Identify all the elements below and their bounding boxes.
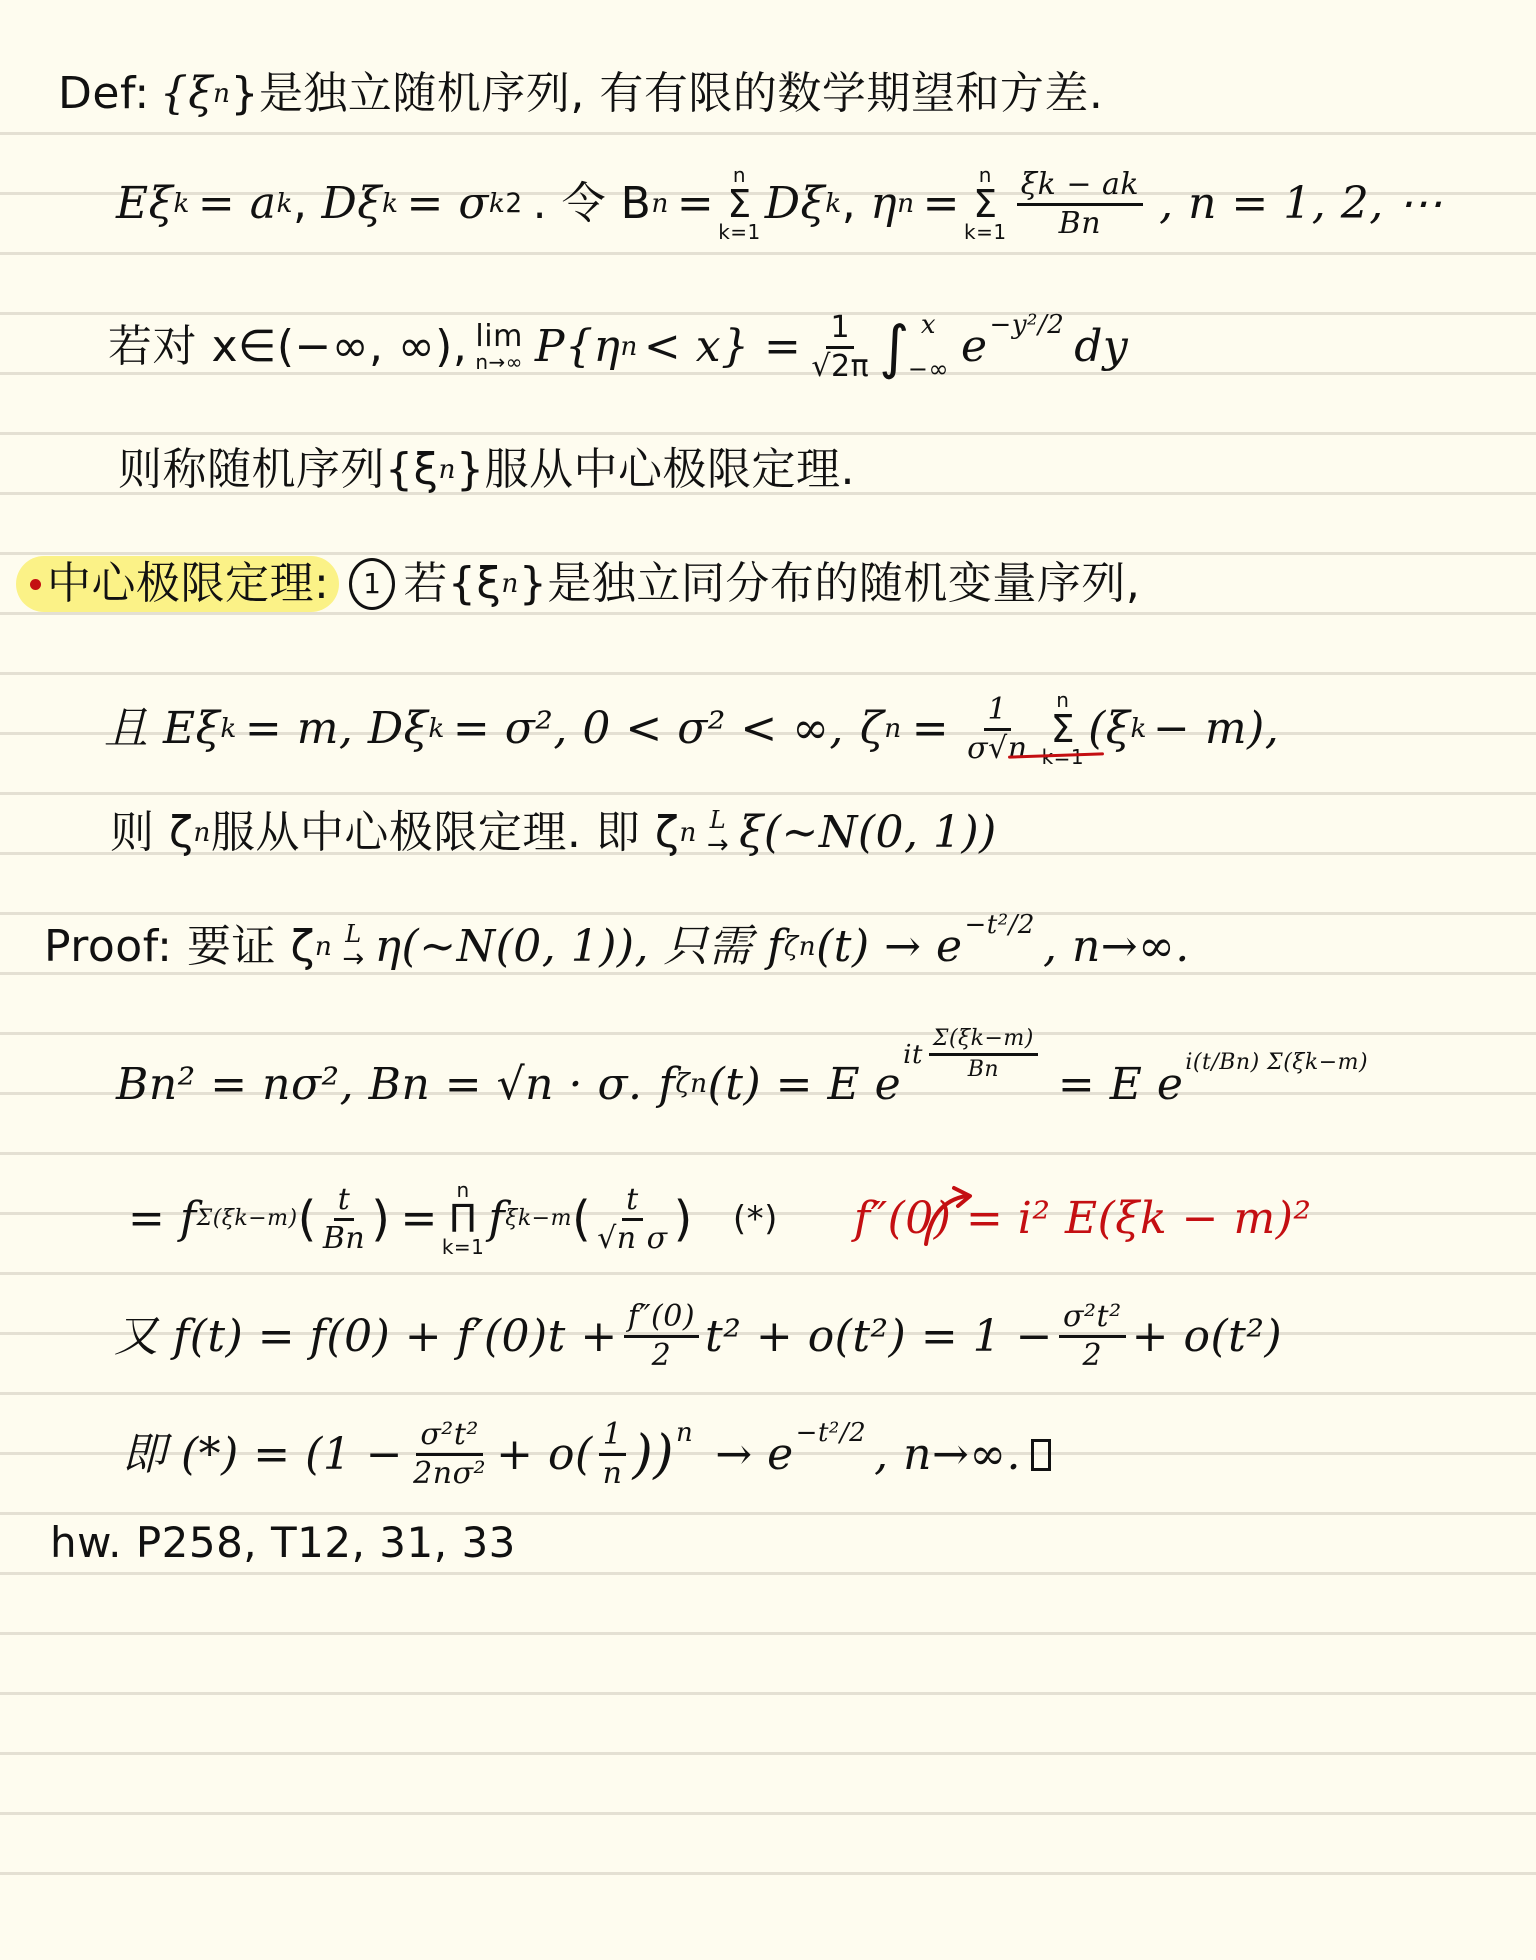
subscript: ζn	[675, 1071, 707, 1097]
definition-line-2: Eξk = ak , Dξk = σk2 . 令 Bn = nΣk=1 Dξk …	[116, 165, 1443, 243]
limit: limn→∞	[475, 321, 523, 374]
circled-number-icon: 1	[349, 558, 395, 610]
definition-line-1: Def: {ξn} 是独立随机序列, 有有限的数学期望和方差.	[58, 72, 1103, 116]
conclusion-tail: }服从中心极限定理.	[456, 448, 855, 492]
subscript: n	[315, 934, 333, 960]
ruled-line	[0, 1032, 1536, 1035]
ruled-line	[0, 132, 1536, 135]
integral-sign: ∫	[879, 318, 910, 376]
condition-expectation: 且 Eξ	[104, 707, 220, 751]
proof-prefix: Proof: 要证 ζ	[44, 925, 315, 969]
index-range: , n = 1, 2, ⋯	[1159, 182, 1443, 226]
char-function: f	[488, 1197, 505, 1241]
exp-power: −y²/2	[990, 312, 1065, 338]
comma: ,	[293, 182, 308, 226]
star-label: (*)	[733, 1202, 778, 1236]
ruled-line	[0, 792, 1536, 795]
subscript: n	[884, 716, 902, 742]
paren: (	[298, 1195, 317, 1243]
subscript: n	[651, 191, 669, 217]
paren: (	[572, 1195, 591, 1243]
ruled-line	[0, 1392, 1536, 1395]
ruled-line	[0, 672, 1536, 675]
fraction: t√n σ	[593, 1185, 671, 1254]
ruled-line	[0, 1272, 1536, 1275]
subscript: n	[679, 820, 697, 846]
definition-line-4: 则称随机序列{ξn}服从中心极限定理.	[118, 448, 855, 492]
ruled-line	[0, 1632, 1536, 1635]
subscript: k	[489, 191, 506, 217]
theorem-text-tail: }是独立同分布的随机变量序列,	[519, 562, 1140, 606]
variance-bounds: = σ², 0 < σ² < ∞,	[453, 707, 844, 751]
ruled-line	[0, 1752, 1536, 1755]
proof-line-4: 又 f(t) = f(0) + f′(0)t + f″(0)2 t² + o(t…	[114, 1302, 1282, 1371]
definition-line-3: 若对 x∈(−∞, ∞), limn→∞ P{ηn < x} = 1√2π ∫ …	[108, 312, 1128, 382]
theorem-line-2: 且 Eξk = m, Dξk = σ², 0 < σ² < ∞, ζn = 1σ…	[104, 690, 1279, 768]
fraction: 1n	[599, 1420, 627, 1489]
char-function: f	[659, 1063, 676, 1107]
superscript: 2	[505, 191, 522, 217]
ruled-line	[0, 1572, 1536, 1575]
subscript: n	[193, 820, 211, 846]
equals: =	[923, 182, 960, 226]
char-function-limit: (t) → e	[816, 925, 962, 969]
sum-term: Dξ	[765, 182, 826, 226]
conclusion-prefix: 则 ζ	[110, 811, 193, 855]
theorem-text: 若{ξ	[403, 562, 501, 606]
ruled-line	[0, 252, 1536, 255]
char-function-rewrite: = E e	[1058, 1063, 1184, 1107]
limit-derivation: 即 (*) = (1 −	[122, 1433, 403, 1477]
subscript: k	[1131, 716, 1148, 742]
subscript: k	[276, 191, 293, 217]
taylor-expansion-tail: + o(t²)	[1132, 1315, 1283, 1359]
expectation-value: = a	[198, 182, 277, 226]
ruled-line	[0, 912, 1536, 915]
fraction: tBn	[319, 1185, 369, 1254]
ruled-lines	[0, 0, 1536, 1960]
power: n	[676, 1420, 693, 1446]
fraction: f″(0)2	[624, 1302, 699, 1371]
bn-identity: Bn² = nσ², Bn = √n · σ.	[116, 1063, 643, 1107]
subscript: ζn	[784, 934, 816, 960]
dy: dy	[1074, 325, 1128, 369]
fraction: σ²t²2	[1059, 1302, 1126, 1371]
limit-condition: , n→∞.	[874, 1433, 1021, 1477]
sequence-sub: n	[213, 81, 231, 107]
subscript: n	[897, 191, 915, 217]
little-o: + o(	[496, 1433, 593, 1477]
exponent: i(t/Bn) Σ(ξk−m)	[1185, 1052, 1368, 1074]
red-curved-arrow-icon	[918, 1180, 988, 1250]
subscript: n	[501, 571, 519, 597]
limit-arrow: → e	[715, 1433, 793, 1477]
eta: η	[870, 182, 897, 226]
limit-condition: , n→∞.	[1043, 925, 1190, 969]
sequence-xi: {ξ	[160, 72, 213, 116]
exp-power: −t²/2	[965, 912, 1035, 938]
ruled-line	[0, 972, 1536, 975]
product-eq: = f	[128, 1197, 197, 1241]
equals: =	[677, 182, 714, 226]
fraction: 1√2π	[807, 313, 873, 382]
probability: P{η	[535, 325, 620, 369]
normalizing-fraction: 1σ√n	[963, 695, 1031, 764]
convergence-in-law-arrow-icon: L→	[707, 808, 729, 858]
variance-label: Dξ	[321, 182, 382, 226]
condition-variance: = m, Dξ	[245, 707, 429, 751]
proof-line-5: 即 (*) = (1 − σ²t²2nσ² + o( 1n ))n → e−t²…	[122, 1420, 1051, 1489]
sum-term: (ξ	[1088, 707, 1130, 751]
sum-term-tail: − m),	[1153, 707, 1279, 751]
variance-value: = σ	[406, 182, 488, 226]
subscript: n	[439, 457, 457, 483]
homework-line: hw. P258, T12, 31, 33	[50, 1522, 516, 1564]
qed-icon	[1031, 1439, 1051, 1471]
theorem-title-highlight: 中心极限定理:	[16, 556, 339, 612]
let-bn: . 令 B	[533, 182, 652, 226]
exp-power: −t²/2	[796, 1420, 866, 1446]
conclusion-text: 则称随机序列{ξ	[118, 448, 439, 492]
ruled-line	[0, 1512, 1536, 1515]
ruled-line	[0, 612, 1536, 615]
ruled-line	[0, 1692, 1536, 1695]
expectation-label: Eξ	[116, 182, 173, 226]
definition-text: 是独立随机序列, 有有限的数学期望和方差.	[259, 72, 1103, 116]
proof-goal: η(~N(0, 1)), 只需 f	[375, 925, 784, 969]
subscript: Σ(ξk−m)	[197, 1208, 298, 1230]
proof-line-3: = fΣ(ξk−m) (tBn) = nΠk=1 fξk−m (t√n σ) (…	[128, 1180, 1312, 1258]
exp-base: e	[961, 325, 988, 369]
comma: ,	[842, 182, 857, 226]
ruled-line	[0, 1812, 1536, 1815]
proof-line-2: Bn² = nσ², Bn = √n · σ. fζn (t) = E e it…	[116, 1058, 1368, 1111]
exponent-fraction: it Σ(ξk−m)Bn	[903, 1028, 1044, 1081]
taylor-expansion-mid: t² + o(t²) = 1 −	[705, 1315, 1053, 1359]
bullet-icon	[30, 579, 41, 590]
theorem-line-3: 则 ζn 服从中心极限定理. 即 ζn L→ ξ(~N(0, 1))	[110, 808, 997, 858]
subscript: k	[220, 716, 237, 742]
subscript: ξk−m	[505, 1208, 572, 1230]
ruled-line	[0, 1872, 1536, 1875]
theorem-title: 中心极限定理:	[47, 562, 329, 606]
equals: =	[400, 1197, 437, 1241]
probability-tail: < x} =	[644, 325, 802, 369]
product-symbol: nΠk=1	[442, 1180, 485, 1258]
homework-text: hw. P258, T12, 31, 33	[50, 1522, 516, 1564]
subscript: k	[825, 191, 842, 217]
subscript: k	[382, 191, 399, 217]
convergence-in-law-arrow-icon: L→	[342, 922, 364, 972]
ruled-line	[0, 1152, 1536, 1155]
sequence-close: }	[230, 72, 259, 116]
equals: =	[912, 707, 949, 751]
char-function-def: (t) = E e	[708, 1063, 902, 1107]
taylor-expansion: 又 f(t) = f(0) + f′(0)t +	[114, 1315, 618, 1359]
ruled-line	[0, 552, 1536, 555]
fraction: ξk − akBn	[1017, 170, 1143, 239]
ruled-line	[0, 432, 1536, 435]
paren: )	[674, 1195, 693, 1243]
def-prefix: Def:	[58, 72, 150, 116]
subscript: k	[173, 191, 190, 217]
condition-text: 若对 x∈(−∞, ∞),	[108, 325, 467, 369]
limit-distribution: ξ(~N(0, 1))	[739, 811, 997, 855]
conclusion-text: 服从中心极限定理. 即 ζ	[211, 811, 679, 855]
theorem-line-1: 中心极限定理: 1 若{ξn}是独立同分布的随机变量序列,	[16, 556, 1140, 612]
fraction: σ²t²2nσ²	[409, 1420, 490, 1489]
proof-line-1: Proof: 要证 ζn L→ η(~N(0, 1)), 只需 fζn (t) …	[44, 922, 1190, 972]
subscript: n	[620, 334, 638, 360]
notebook-page: Def: {ξn} 是独立随机序列, 有有限的数学期望和方差. Eξk = ak…	[0, 0, 1536, 1960]
close-parens: ))	[632, 1429, 674, 1481]
zeta: ζ	[860, 707, 884, 751]
sum-symbol: nΣk=1	[964, 165, 1007, 243]
integral-limits: x−∞	[908, 312, 949, 382]
sum-symbol: nΣk=1	[718, 165, 761, 243]
subscript: k	[428, 716, 445, 742]
paren: )	[371, 1195, 390, 1243]
